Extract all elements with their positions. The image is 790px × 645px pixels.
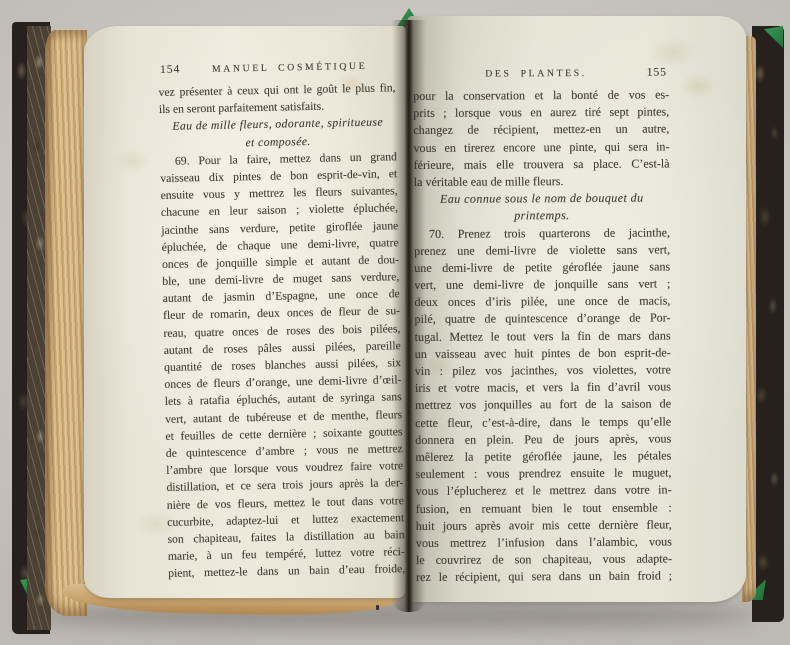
left-page-body: vez présenter à ceux qui ont le goût le … [158,79,405,582]
text-line: vous l’éplucherez et le mettrez dans vot… [416,482,672,501]
text-line: fusion, en remuant bien le tout ensemble… [416,499,672,518]
ink-speck [376,605,379,610]
text-line: mettrez vos jonquilles au fort de la sai… [415,396,671,415]
right-page-body: pour la conservation et la bonté de vos … [413,86,672,586]
text-line: la véritable eau de mille fleurs. [414,172,670,191]
text-line: donnera en plein. Peu de jours après, vo… [415,430,671,449]
gutter-shadow [392,20,426,612]
text-line: le couvrirez de son chapiteau, vous adap… [416,550,672,569]
text-line: prenez une demi-livre de violette sans v… [414,241,670,260]
text-line: printemps. [414,207,670,226]
text-line: cette fleur, c’est-à-dire, dans le temps… [415,413,671,432]
text-line: changez de récipient, mettez-en un autre… [413,121,669,140]
text-line: vert, une demi-livre de jonquille sans v… [414,275,670,294]
text-line: vous mettrez l’infusion dans l’alambic, … [416,533,672,552]
text-line: férieure, mais elle trouvera sa place. C… [414,155,670,174]
text-line: seulement : vous prendrez ensuite le mug… [415,465,671,484]
section-heading: Eau connue sous le nom de bouquet duprin… [414,190,670,226]
text-line: Eau connue sous le nom de bouquet du [414,190,670,209]
text-line: huit jours après avoir mis cette dernièr… [416,516,672,535]
left-fore-edge-pages [45,30,87,616]
text-line: vin : pilez vos jacinthes, vos violettes… [415,361,671,380]
paragraph: 70. Prenez trois quarterons de jacinthe,… [414,224,672,586]
text-line: iris et votre macis, et vers la fin d’av… [415,379,671,398]
text-line: vous en tirerez encore une pinte, qui se… [413,138,669,157]
text-line: pour la conservation et la bonté de vos … [413,86,669,105]
left-page-text: 154 MANUEL COSMÉTIQUE vez présenter à ce… [158,59,405,582]
page-number: 155 [647,66,667,78]
text-line: 70. Prenez trois quarterons de jacinthe, [414,224,670,243]
running-title: DES PLANTES. [413,67,669,80]
right-page-text: DES PLANTES. 155 pour la conservation et… [413,66,672,586]
text-line: un vaisseau avec huit pintes de bon espr… [415,344,671,363]
right-page-header: DES PLANTES. 155 [413,66,669,82]
paragraph: vez présenter à ceux qui ont le goût le … [158,79,396,118]
text-line: pilé, quatre de quintescence d’orange de… [414,310,670,329]
text-line: prits ; lorsque vous en aurez tiré sept … [413,104,669,123]
text-line: mêlerez la petite géroflée jaune, les pé… [415,447,671,466]
text-line: deux onces d’iris pilée, une once de mac… [414,293,670,312]
text-line: rez le récipient, qui sera dans un bain … [416,568,672,587]
paragraph: pour la conservation et la bonté de vos … [413,86,670,191]
section-heading: Eau de mille fleurs, odorante, spiritueu… [159,114,397,153]
text-line: tugal. Mettez le tout vers la fin de mar… [415,327,671,346]
text-line: une demi-livre de petite géroflée jaune … [414,258,670,277]
photo-background: 154 MANUEL COSMÉTIQUE vez présenter à ce… [0,0,790,645]
right-cover-board [752,26,784,622]
running-title: MANUEL COSMÉTIQUE [158,60,395,76]
paragraph: 69. Pour la faire, mettez dans un grandv… [160,148,406,582]
